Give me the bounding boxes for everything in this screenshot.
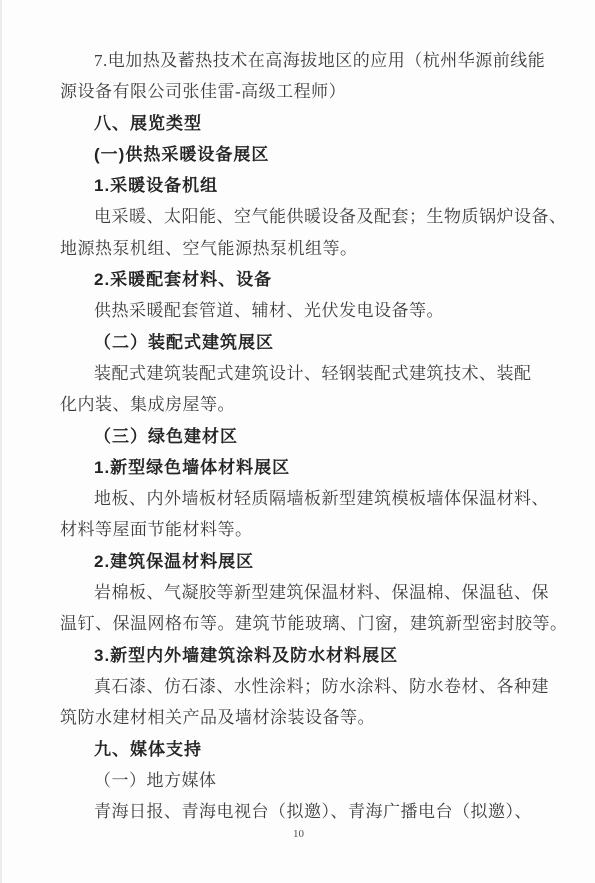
page-number: 10 [2,828,595,840]
text-line: 电采暖、太阳能、空气能供暖设备及配套；生物质锅炉设备、 [60,201,557,232]
heading-line: 八、展览类型 [60,108,557,139]
text-line: 真石漆、仿石漆、水性涂料；防水涂料、防水卷材、各种建 [60,671,557,702]
heading-line: 九、媒体支持 [60,734,557,765]
text-line: 筑防水建材相关产品及墙材涂装设备等。 [60,702,557,733]
text-line: （一）地方媒体 [60,765,557,796]
text-line: 源设备有限公司张佳雷-高级工程师） [60,76,557,107]
heading-line: (一)供热采暖设备展区 [60,139,557,170]
text-line: 7.电加热及蓄热技术在高海拔地区的应用（杭州华源前线能 [60,45,557,76]
text-line: 化内装、集成房屋等。 [60,389,557,420]
text-line: 材料等屋面节能材料等。 [60,514,557,545]
document-page: 7.电加热及蓄热技术在高海拔地区的应用（杭州华源前线能源设备有限公司张佳雷-高级… [0,0,595,883]
heading-line: （二）装配式建筑展区 [60,327,557,358]
heading-line: 3.新型内外墙建筑涂料及防水材料展区 [60,640,557,671]
text-line: 岩棉板、气凝胶等新型建筑保温材料、保温棉、保温毡、保 [60,577,557,608]
text-line: 地源热泵机组、空气能源热泵机组等。 [60,233,557,264]
heading-line: 1.采暖设备机组 [60,170,557,201]
heading-line: 2.采暖配套材料、设备 [60,264,557,295]
text-line: 地板、内外墙板材轻质隔墙板新型建筑模板墙体保温材料、 [60,483,557,514]
document-body: 7.电加热及蓄热技术在高海拔地区的应用（杭州华源前线能源设备有限公司张佳雷-高级… [60,45,557,827]
text-line: 装配式建筑装配式建筑设计、轻钢装配式建筑技术、装配 [60,358,557,389]
text-line: 青海日报、青海电视台（拟邀）、青海广播电台（拟邀）、 [60,796,557,827]
heading-line: 2.建筑保温材料展区 [60,546,557,577]
heading-line: （三）绿色建材区 [60,421,557,452]
text-line: 供热采暖配套管道、辅材、光伏发电设备等。 [60,295,557,326]
text-line: 温钉、保温网格布等。建筑节能玻璃、门窗，建筑新型密封胶等。 [60,608,557,639]
heading-line: 1.新型绿色墙体材料展区 [60,452,557,483]
